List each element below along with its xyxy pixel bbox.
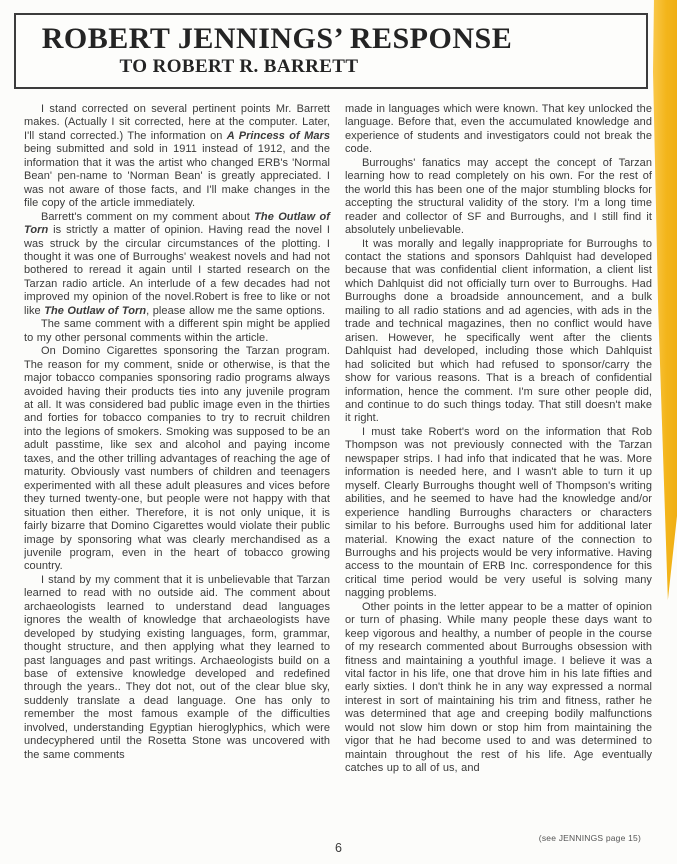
yellow-page-edge-decoration [653, 0, 677, 600]
page-number: 6 [0, 841, 677, 855]
body-text: It was morally and legally inappropriate… [345, 238, 652, 425]
paragraph: Other points in the letter appear to be … [345, 601, 652, 776]
body-text: , please allow me the same options. [146, 305, 325, 317]
article-body: I stand corrected on several pertinent p… [24, 103, 652, 849]
book-title-text: The Outlaw of Torn [44, 305, 146, 317]
right-column: made in languages which were known. That… [345, 103, 652, 849]
body-text: made in languages which were known. That… [345, 103, 652, 155]
scanned-page: ROBERT JENNINGS’ RESPONSE TO ROBERT R. B… [0, 0, 677, 864]
paragraph: I must take Robert's word on the informa… [345, 426, 652, 601]
body-text: Barrett's comment on my comment about [41, 211, 254, 223]
body-text: I must take Robert's word on the informa… [345, 426, 652, 599]
article-header-box: ROBERT JENNINGS’ RESPONSE TO ROBERT R. B… [14, 13, 648, 89]
paragraph: The same comment with a different spin m… [24, 318, 330, 345]
body-text: I stand by my comment that it is unbelie… [24, 574, 330, 761]
body-text: The same comment with a different spin m… [24, 318, 330, 343]
paragraph: made in languages which were known. That… [345, 103, 652, 157]
body-text: On Domino Cigarettes sponsoring the Tarz… [24, 345, 330, 572]
paragraph: Barrett's comment on my comment about Th… [24, 211, 330, 319]
paragraph: I stand corrected on several pertinent p… [24, 103, 330, 211]
body-text: is strictly a matter of opinion. Having … [24, 224, 330, 317]
article-subtitle: TO ROBERT R. BARRETT [0, 57, 554, 76]
paragraph: I stand by my comment that it is unbelie… [24, 574, 330, 762]
body-text: Other points in the letter appear to be … [345, 601, 652, 774]
paragraph: On Domino Cigarettes sponsoring the Tarz… [24, 345, 330, 574]
article-title: ROBERT JENNINGS’ RESPONSE [0, 24, 592, 54]
book-title-text: A Princess of Mars [227, 130, 330, 142]
paragraph: Burroughs' fanatics may accept the conce… [345, 157, 652, 238]
body-text: Burroughs' fanatics may accept the conce… [345, 157, 652, 236]
body-text: being submitted and sold in 1911 instead… [24, 143, 330, 209]
paragraph: It was morally and legally inappropriate… [345, 238, 652, 426]
left-column: I stand corrected on several pertinent p… [24, 103, 330, 849]
